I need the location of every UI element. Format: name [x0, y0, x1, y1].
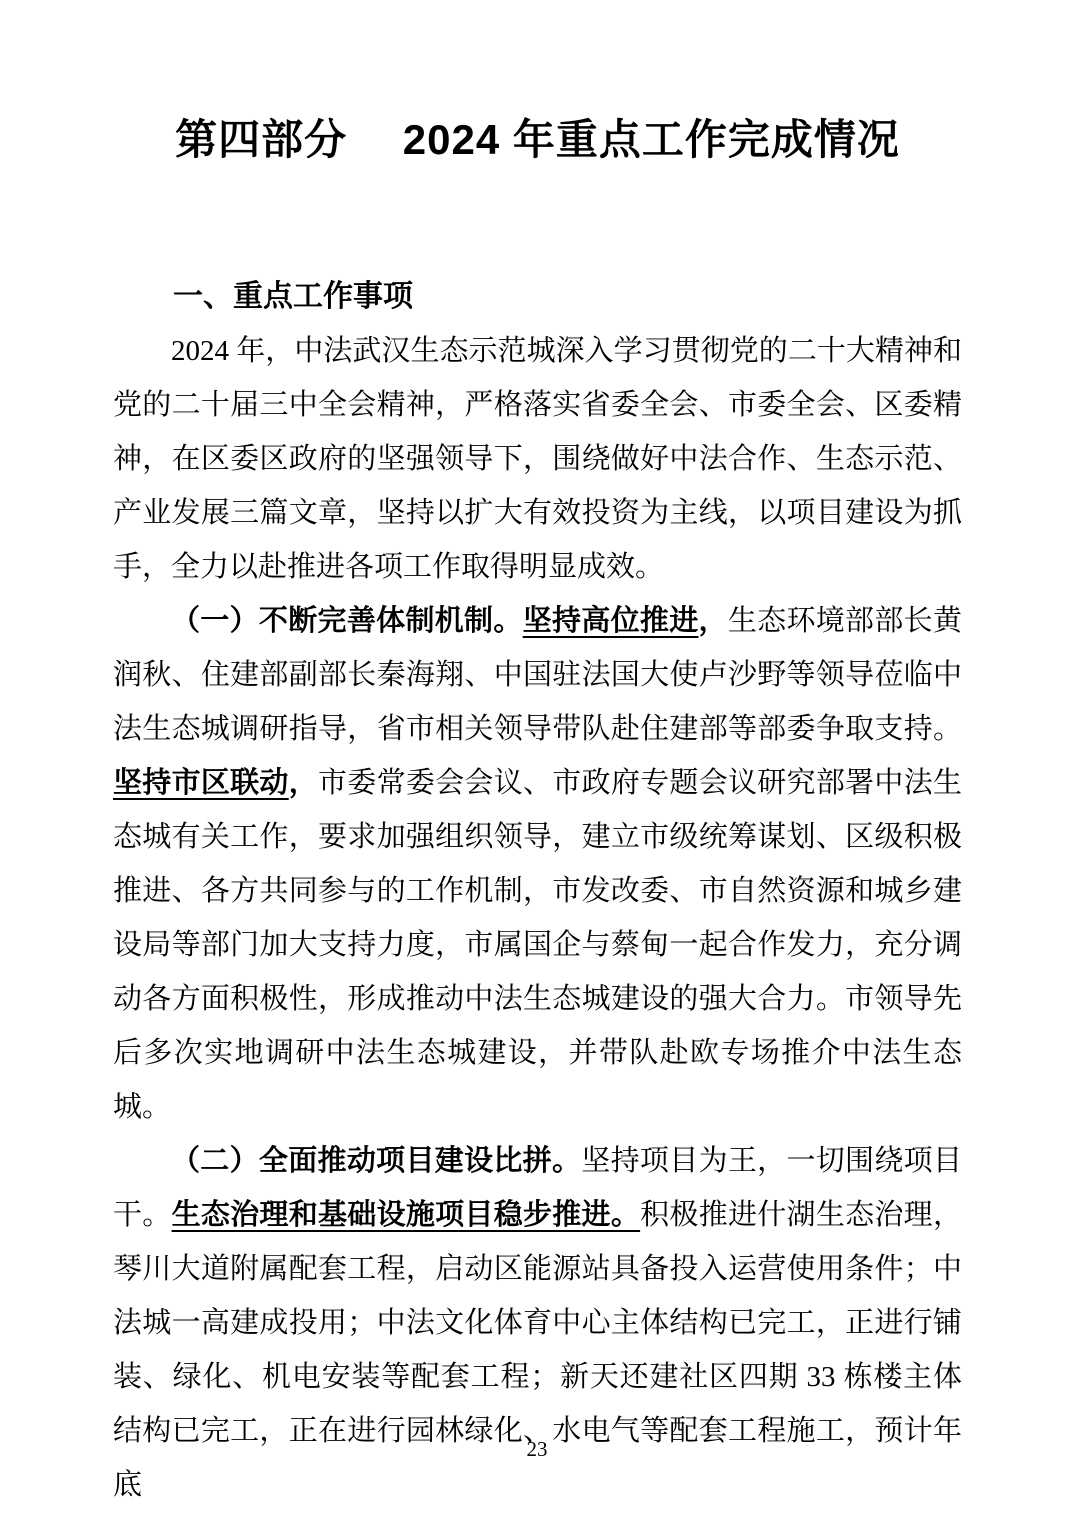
- document-page: 第四部分 2024 年重点工作完成情况 一、重点工作事项 2024 年，中法武汉…: [0, 0, 1074, 1520]
- text-run: 市委常委会会议、市政府专题会议研究部署中法生态城有关工作，要求加强组织领导，建立…: [113, 767, 962, 1123]
- text-run: （二）全面推动项目建设比拼。: [171, 1145, 581, 1177]
- page-title: 第四部分 2024 年重点工作完成情况: [113, 0, 962, 166]
- text-run: 2024 年，中法武汉生态示范城深入学习贯彻党的二十大精神和党的二十届三中全会精…: [113, 335, 962, 583]
- text-run: 坚持高位推进: [523, 605, 699, 637]
- text-run: 生态治理和基础设施项目稳步推进。: [172, 1199, 641, 1231]
- document-body: 2024 年，中法武汉生态示范城深入学习贯彻党的二十大精神和党的二十届三中全会精…: [113, 324, 962, 1512]
- section-heading: 一、重点工作事项: [113, 270, 962, 324]
- page-number: 23: [0, 1436, 1074, 1462]
- text-run: ，: [699, 605, 728, 637]
- paragraph: （一）不断完善体制机制。坚持高位推进，生态环境部部长黄润秋、住建部副部长秦海翔、…: [113, 594, 962, 1134]
- paragraph: 2024 年，中法武汉生态示范城深入学习贯彻党的二十大精神和党的二十届三中全会精…: [113, 324, 962, 594]
- text-run: （一）不断完善体制机制。: [171, 605, 523, 637]
- text-run: ，: [289, 767, 318, 799]
- text-run: 坚持市区联动: [113, 767, 289, 799]
